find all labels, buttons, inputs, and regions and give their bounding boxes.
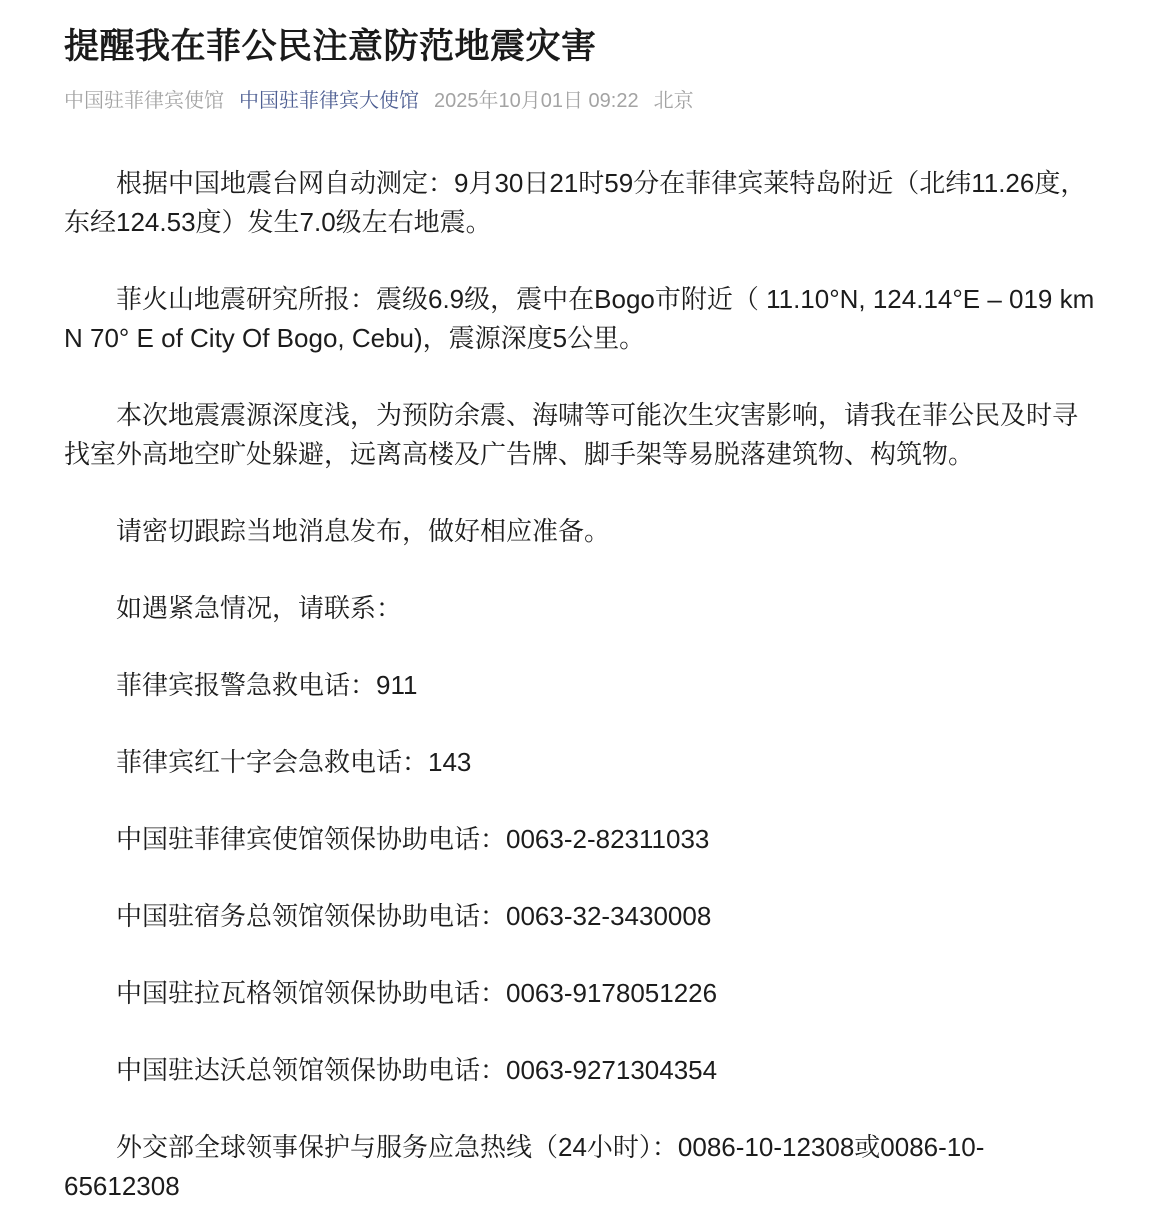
article-source: 中国驻菲律宾使馆: [64, 87, 224, 115]
article-meta: 中国驻菲律宾使馆 中国驻菲律宾大使馆 2025年10月01日 09:22 北京: [64, 87, 1100, 115]
publisher-link[interactable]: 中国驻菲律宾大使馆: [239, 87, 419, 115]
publish-datetime: 2025年10月01日 09:22: [434, 87, 639, 115]
article-paragraph: 请密切跟踪当地消息发布，做好相应准备。: [64, 512, 1100, 551]
article-paragraph: 外交部全球领事保护与服务应急热线（24小时）：0086-10-12308或008…: [64, 1128, 1100, 1206]
article-paragraph: 中国驻菲律宾使馆领保协助电话：0063-2-82311033: [64, 820, 1100, 859]
article-paragraph: 本次地震震源深度浅，为预防余震、海啸等可能次生灾害影响，请我在菲公民及时寻找室外…: [64, 396, 1100, 474]
article-body: 根据中国地震台网自动测定：9月30日21时59分在菲律宾莱特岛附近（北纬11.2…: [64, 164, 1100, 1206]
article-paragraph: 菲火山地震研究所报：震级6.9级，震中在Bogo市附近（ 11.10°N, 12…: [64, 280, 1100, 358]
publish-location: 北京: [654, 87, 694, 115]
article-title: 提醒我在菲公民注意防范地震灾害: [64, 22, 1100, 71]
article-page: 提醒我在菲公民注意防范地震灾害 中国驻菲律宾使馆 中国驻菲律宾大使馆 2025年…: [0, 0, 1164, 1228]
article-paragraph: 根据中国地震台网自动测定：9月30日21时59分在菲律宾莱特岛附近（北纬11.2…: [64, 164, 1100, 242]
article-paragraph: 中国驻拉瓦格领馆领保协助电话：0063-9178051226: [64, 974, 1100, 1013]
article-paragraph: 菲律宾红十字会急救电话：143: [64, 743, 1100, 782]
article-paragraph: 如遇紧急情况，请联系：: [64, 589, 1100, 628]
article-paragraph: 中国驻达沃总领馆领保协助电话：0063-9271304354: [64, 1051, 1100, 1090]
article-paragraph: 菲律宾报警急救电话：911: [64, 666, 1100, 705]
article-paragraph: 中国驻宿务总领馆领保协助电话：0063-32-3430008: [64, 897, 1100, 936]
